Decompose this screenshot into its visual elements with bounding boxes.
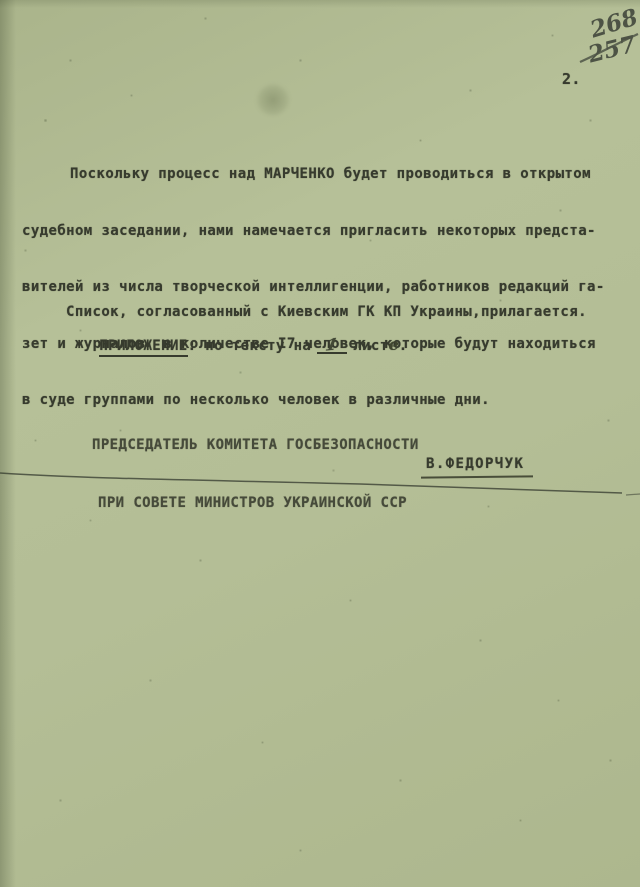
typed-underline <box>421 475 533 478</box>
archival-page-numbers: 268 257 <box>568 12 640 78</box>
attachment-count-blank: 1 <box>317 339 347 354</box>
signature-title-line2: ПРИ СОВЕТЕ МИНИСТРОВ УКРАИНСКОЙ ССР <box>92 491 419 516</box>
attachment-terminator: . <box>399 338 408 354</box>
attachment-separator: : <box>188 338 206 354</box>
attachment-label: ПРИЛОЖЕНИЕ <box>99 338 187 357</box>
handwritten-letter: е <box>389 335 399 354</box>
attachment-line: ПРИЛОЖЕНИЕ: по тексту на1листе. <box>64 319 408 370</box>
scanned-document-page: 268 257 2. Поскольку процесс над МАРЧЕНК… <box>0 0 640 887</box>
handwritten-count: 1 <box>325 338 339 351</box>
paper-specks <box>0 0 1 1</box>
page-number: 2. <box>562 70 581 88</box>
signature-title-block: ПРЕДСЕДАТЕЛЬ КОМИТЕТА ГОСБЕЗОПАСНОСТИ ПР… <box>92 400 419 548</box>
paragraph-line: Поскольку процесс над МАРЧЕНКО будет про… <box>22 162 622 187</box>
signature-title-line1: ПРЕДСЕДАТЕЛЬ КОМИТЕТА ГОСБЕЗОПАСНОСТИ <box>92 433 419 458</box>
attachment-prefix: по тексту на <box>205 338 311 354</box>
attachment-suffix: лист <box>353 338 388 354</box>
signatory-name: В.ФЕДОРЧУК <box>426 456 524 472</box>
paper-stain <box>256 84 290 116</box>
pencil-strike-line <box>568 12 640 78</box>
paragraph-line: судебном заседании, нами намечается приг… <box>22 219 622 244</box>
